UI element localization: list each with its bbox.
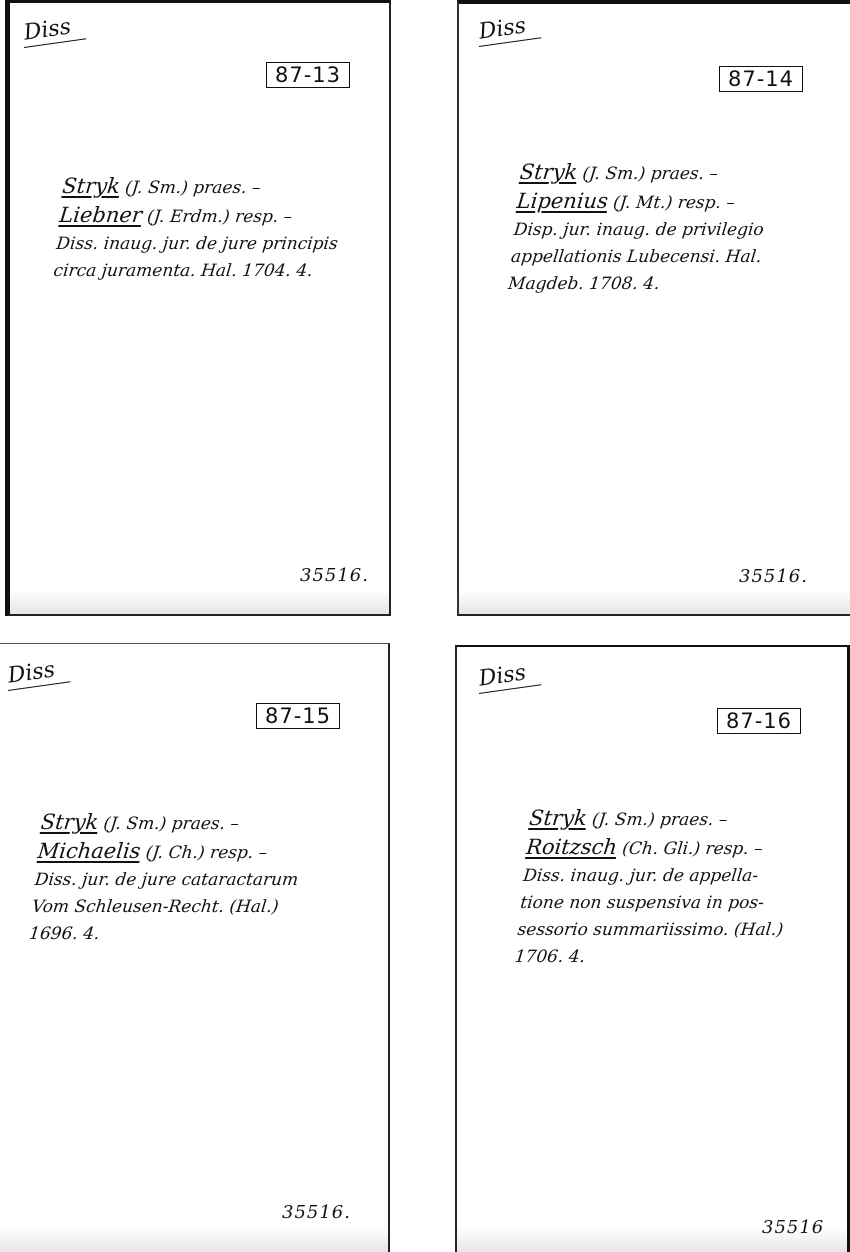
catalog-entry: Stryk (J. Sm.) praes. – Lipenius (J. Mt.…: [507, 159, 772, 298]
catalog-entry: Stryk (J. Sm.) praes. – Liebner (J. Erdm…: [52, 173, 345, 285]
card-shadow: [457, 1228, 847, 1252]
entry-line-title: Diss. jur. de jure cataractarum: [33, 867, 299, 894]
praeses-name: Stryk: [61, 174, 121, 198]
entry-line-title: Diss. inaug. jur. de jure principis: [55, 231, 339, 258]
entry-line-imprint: Magdeb. 1708. 4.: [507, 271, 760, 298]
call-number-box: 87-15: [256, 703, 340, 729]
respondent-name: Liebner: [58, 203, 143, 227]
entry-line-praeses: Stryk (J. Sm.) praes. –: [518, 159, 772, 188]
accession-number: 35516.: [282, 1202, 351, 1223]
respondent-name: Roitzsch: [525, 835, 618, 859]
entry-line-imprint: 1706. 4.: [513, 944, 781, 971]
praeses-name: Stryk: [528, 806, 588, 830]
respondent-name: Michaelis: [37, 839, 142, 863]
respondent-name: Lipenius: [516, 189, 610, 213]
card-shadow: [459, 590, 850, 614]
entry-line-praeses: Stryk (J. Sm.) praes. –: [61, 173, 345, 202]
praeses-name: Stryk: [40, 810, 100, 834]
catalog-card-87-13: Diss 87-13 Stryk (J. Sm.) praes. – Liebn…: [5, 0, 391, 616]
entry-line-title-cont-2: sessorio summariissimo. (Hal.): [516, 917, 784, 944]
catalog-entry: Stryk (J. Sm.) praes. – Michaelis (J. Ch…: [28, 809, 306, 948]
catalog-card-87-15: Diss 87-15 Stryk (J. Sm.) praes. – Micha…: [0, 643, 390, 1252]
card-header-diss: Diss: [5, 657, 71, 691]
card-shadow: [0, 1228, 388, 1252]
accession-number: 35516.: [739, 566, 808, 587]
call-number-box: 87-16: [717, 708, 801, 734]
accession-number: 35516.: [300, 565, 369, 586]
catalog-card-87-16: Diss 87-16 Stryk (J. Sm.) praes. – Roitz…: [455, 645, 850, 1252]
entry-line-title-german: Vom Schleusen-Recht. (Hal.): [31, 894, 297, 921]
entry-line-imprint: circa juramenta. Hal. 1704. 4.: [52, 258, 336, 285]
entry-line-imprint: 1696. 4.: [28, 921, 294, 948]
entry-line-title: Diss. inaug. jur. de appella-: [522, 863, 790, 890]
entry-line-praeses: Stryk (J. Sm.) praes. –: [528, 805, 797, 834]
card-header-diss: Diss: [476, 660, 542, 694]
card-header-diss: Diss: [21, 14, 87, 48]
entry-line-respondent: Roitzsch (Ch. Gli.) resp. –: [525, 834, 794, 863]
entry-line-title-cont: appellationis Lubecensi. Hal.: [510, 244, 763, 271]
call-number-box: 87-14: [719, 66, 803, 92]
card-header-diss: Diss: [476, 13, 542, 47]
call-number-box: 87-13: [266, 62, 350, 88]
entry-line-respondent: Michaelis (J. Ch.) resp. –: [36, 838, 302, 867]
entry-line-respondent: Lipenius (J. Mt.) resp. –: [515, 188, 769, 217]
catalog-card-87-14: Diss 87-14 Stryk (J. Sm.) praes. – Lipen…: [457, 0, 850, 616]
entry-line-title: Disp. jur. inaug. de privilegio: [512, 217, 765, 244]
entry-line-respondent: Liebner (J. Erdm.) resp. –: [58, 202, 342, 231]
catalog-entry: Stryk (J. Sm.) praes. – Roitzsch (Ch. Gl…: [513, 805, 796, 971]
card-shadow: [10, 590, 389, 614]
praeses-name: Stryk: [519, 160, 579, 184]
entry-line-praeses: Stryk (J. Sm.) praes. –: [39, 809, 305, 838]
entry-line-title-cont: tione non suspensiva in pos-: [519, 890, 787, 917]
